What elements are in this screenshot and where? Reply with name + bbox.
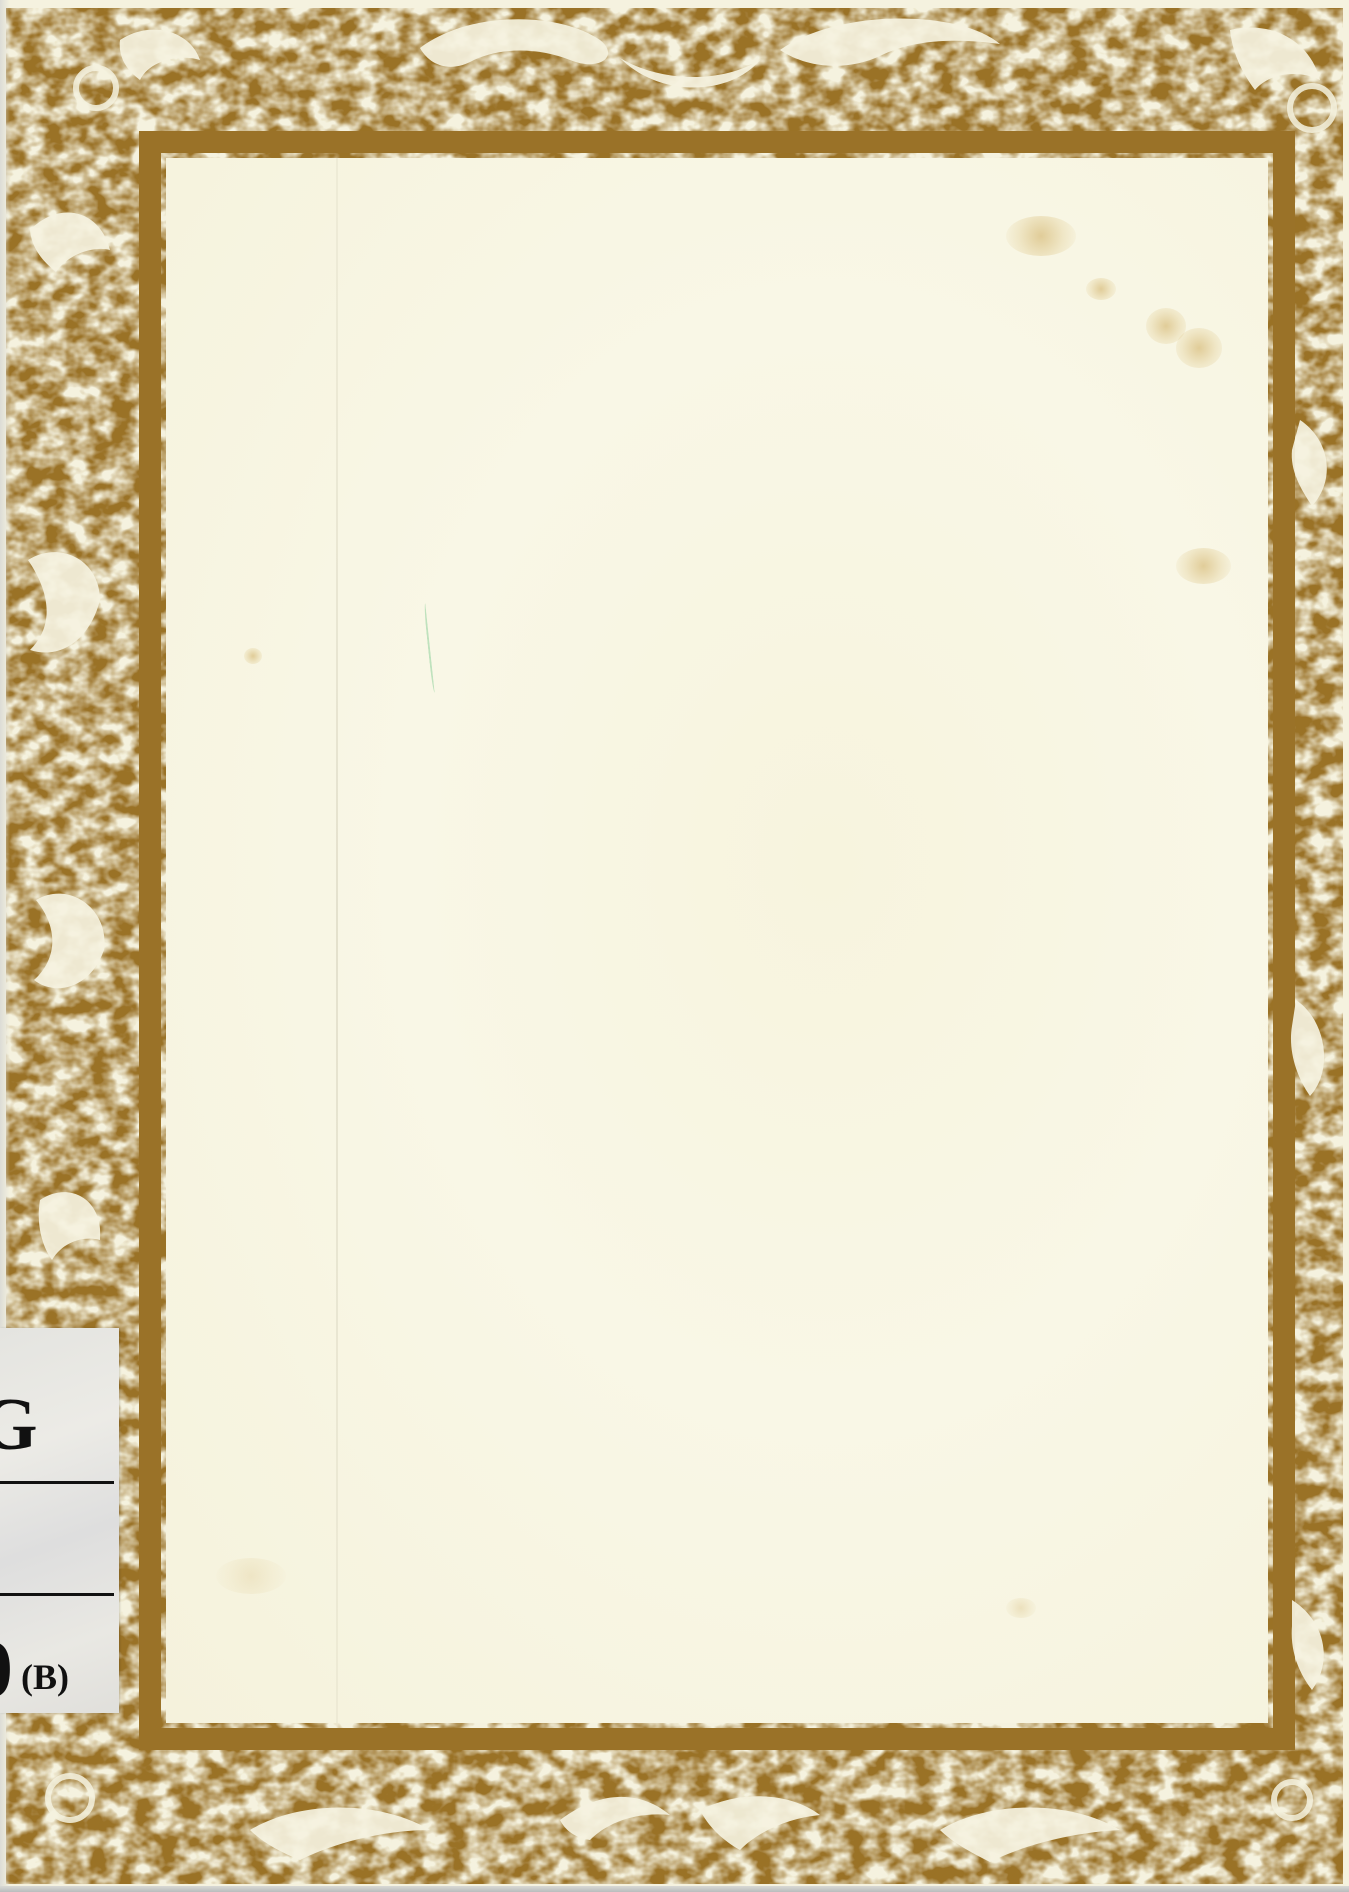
spine-crease [336, 158, 338, 1723]
green-pencil-mark [423, 603, 437, 693]
book-cover: G 0 (B) [0, 0, 1349, 1892]
foxing-stain [216, 1558, 286, 1594]
label-number-suffix: (B) [21, 1659, 69, 1695]
foxing-stain [244, 648, 262, 664]
label-class-row: G [0, 1328, 119, 1481]
label-middle-row [0, 1483, 119, 1593]
label-class-letter: G [0, 1388, 38, 1462]
foxing-stain [1086, 278, 1116, 300]
scanner-edge-bar [0, 1886, 1349, 1892]
foxing-stain [1006, 1598, 1036, 1618]
library-call-number-label: G 0 (B) [0, 1328, 119, 1713]
foxing-stain [1006, 216, 1076, 256]
label-number-row: 0 (B) [0, 1595, 119, 1713]
foxing-stain [1176, 548, 1231, 584]
foxing-stain [1176, 328, 1222, 368]
label-number-partial: 0 [0, 1628, 13, 1710]
cover-blank-panel [166, 158, 1268, 1723]
